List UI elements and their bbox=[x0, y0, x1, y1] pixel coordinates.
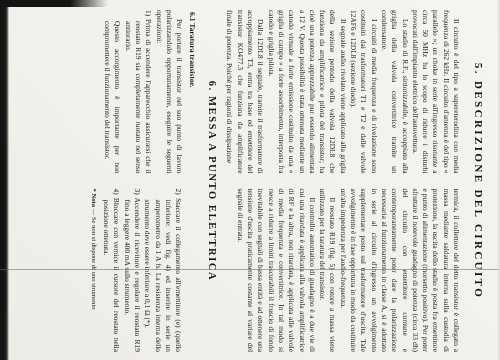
list-item: 3) Accendere il ricevitore e regolare il… bbox=[121, 189, 142, 353]
section6-columns: 6.1 Taratura transistor. Per portare il … bbox=[88, 10, 198, 352]
footnote: * Nota — Se non si dispone di uno strume… bbox=[88, 189, 98, 353]
section5-columns: Il circuito è del tipo a supereterodina … bbox=[224, 10, 461, 352]
section5-left-column: Il circuito è del tipo a supereterodina … bbox=[224, 10, 461, 174]
paragraph-continuation: termica, il collettore del detto transis… bbox=[337, 189, 461, 353]
section6-left-column: 6.1 Taratura transistor. Per portare il … bbox=[88, 10, 198, 174]
manual-page-rotated: 5. DESCRIZIONE DEL CIRCUITO Il circuito … bbox=[0, 0, 500, 360]
paragraph: Il controllo automatico di guadagno è a … bbox=[234, 189, 316, 353]
paragraph: Per portare il transistor nel suo punto … bbox=[153, 10, 184, 174]
footnote-label: * Nota bbox=[90, 189, 97, 208]
section6-heading: 6. MESSA A PUNTO ELETTRICA bbox=[206, 10, 217, 352]
paragraph: Questo accorgimento è importante per non… bbox=[102, 10, 123, 174]
list-item: 4) Bloccare con vernice il cursore del r… bbox=[101, 189, 122, 353]
scan-crease-line bbox=[0, 269, 500, 270]
list-item: 1) Prima di accendere l'apparecchio assi… bbox=[122, 10, 153, 174]
paragraph: I circuiti di media frequenza e di rivel… bbox=[348, 10, 379, 174]
scan-border-left bbox=[0, 0, 9, 360]
section6-subheading: 6.1 Taratura transistor. bbox=[188, 10, 197, 174]
scanned-manual-page: 5. DESCRIZIONE DEL CIRCUITO Il circuito … bbox=[0, 0, 500, 360]
footnote-text: — Se non si dispone di uno strumento bbox=[90, 207, 97, 310]
paragraph: Il reostato R19 (fig. 5) con rotore a ma… bbox=[317, 189, 338, 353]
section6-right-column: 2) Staccare il collegamento all'emettito… bbox=[88, 189, 198, 353]
paragraph: Lo stadio di R.F., sintonizzabile, è acc… bbox=[379, 10, 410, 174]
list-item: 2) Staccare il collegamento all'emettito… bbox=[142, 189, 183, 353]
section5-heading: 5. DESCRIZIONE DEL CIRCUITO bbox=[472, 10, 484, 352]
scan-border-top bbox=[0, 0, 108, 7]
section5-right-column: termica, il collettore del detto transis… bbox=[224, 189, 461, 353]
paragraph: Il circuito è del tipo a supereterodina … bbox=[410, 10, 461, 174]
paragraph: Dalla 12DL8 il segnale, tramite il trasf… bbox=[224, 10, 265, 174]
paragraph: Il segnale audio rivelato viene applicat… bbox=[265, 10, 347, 174]
